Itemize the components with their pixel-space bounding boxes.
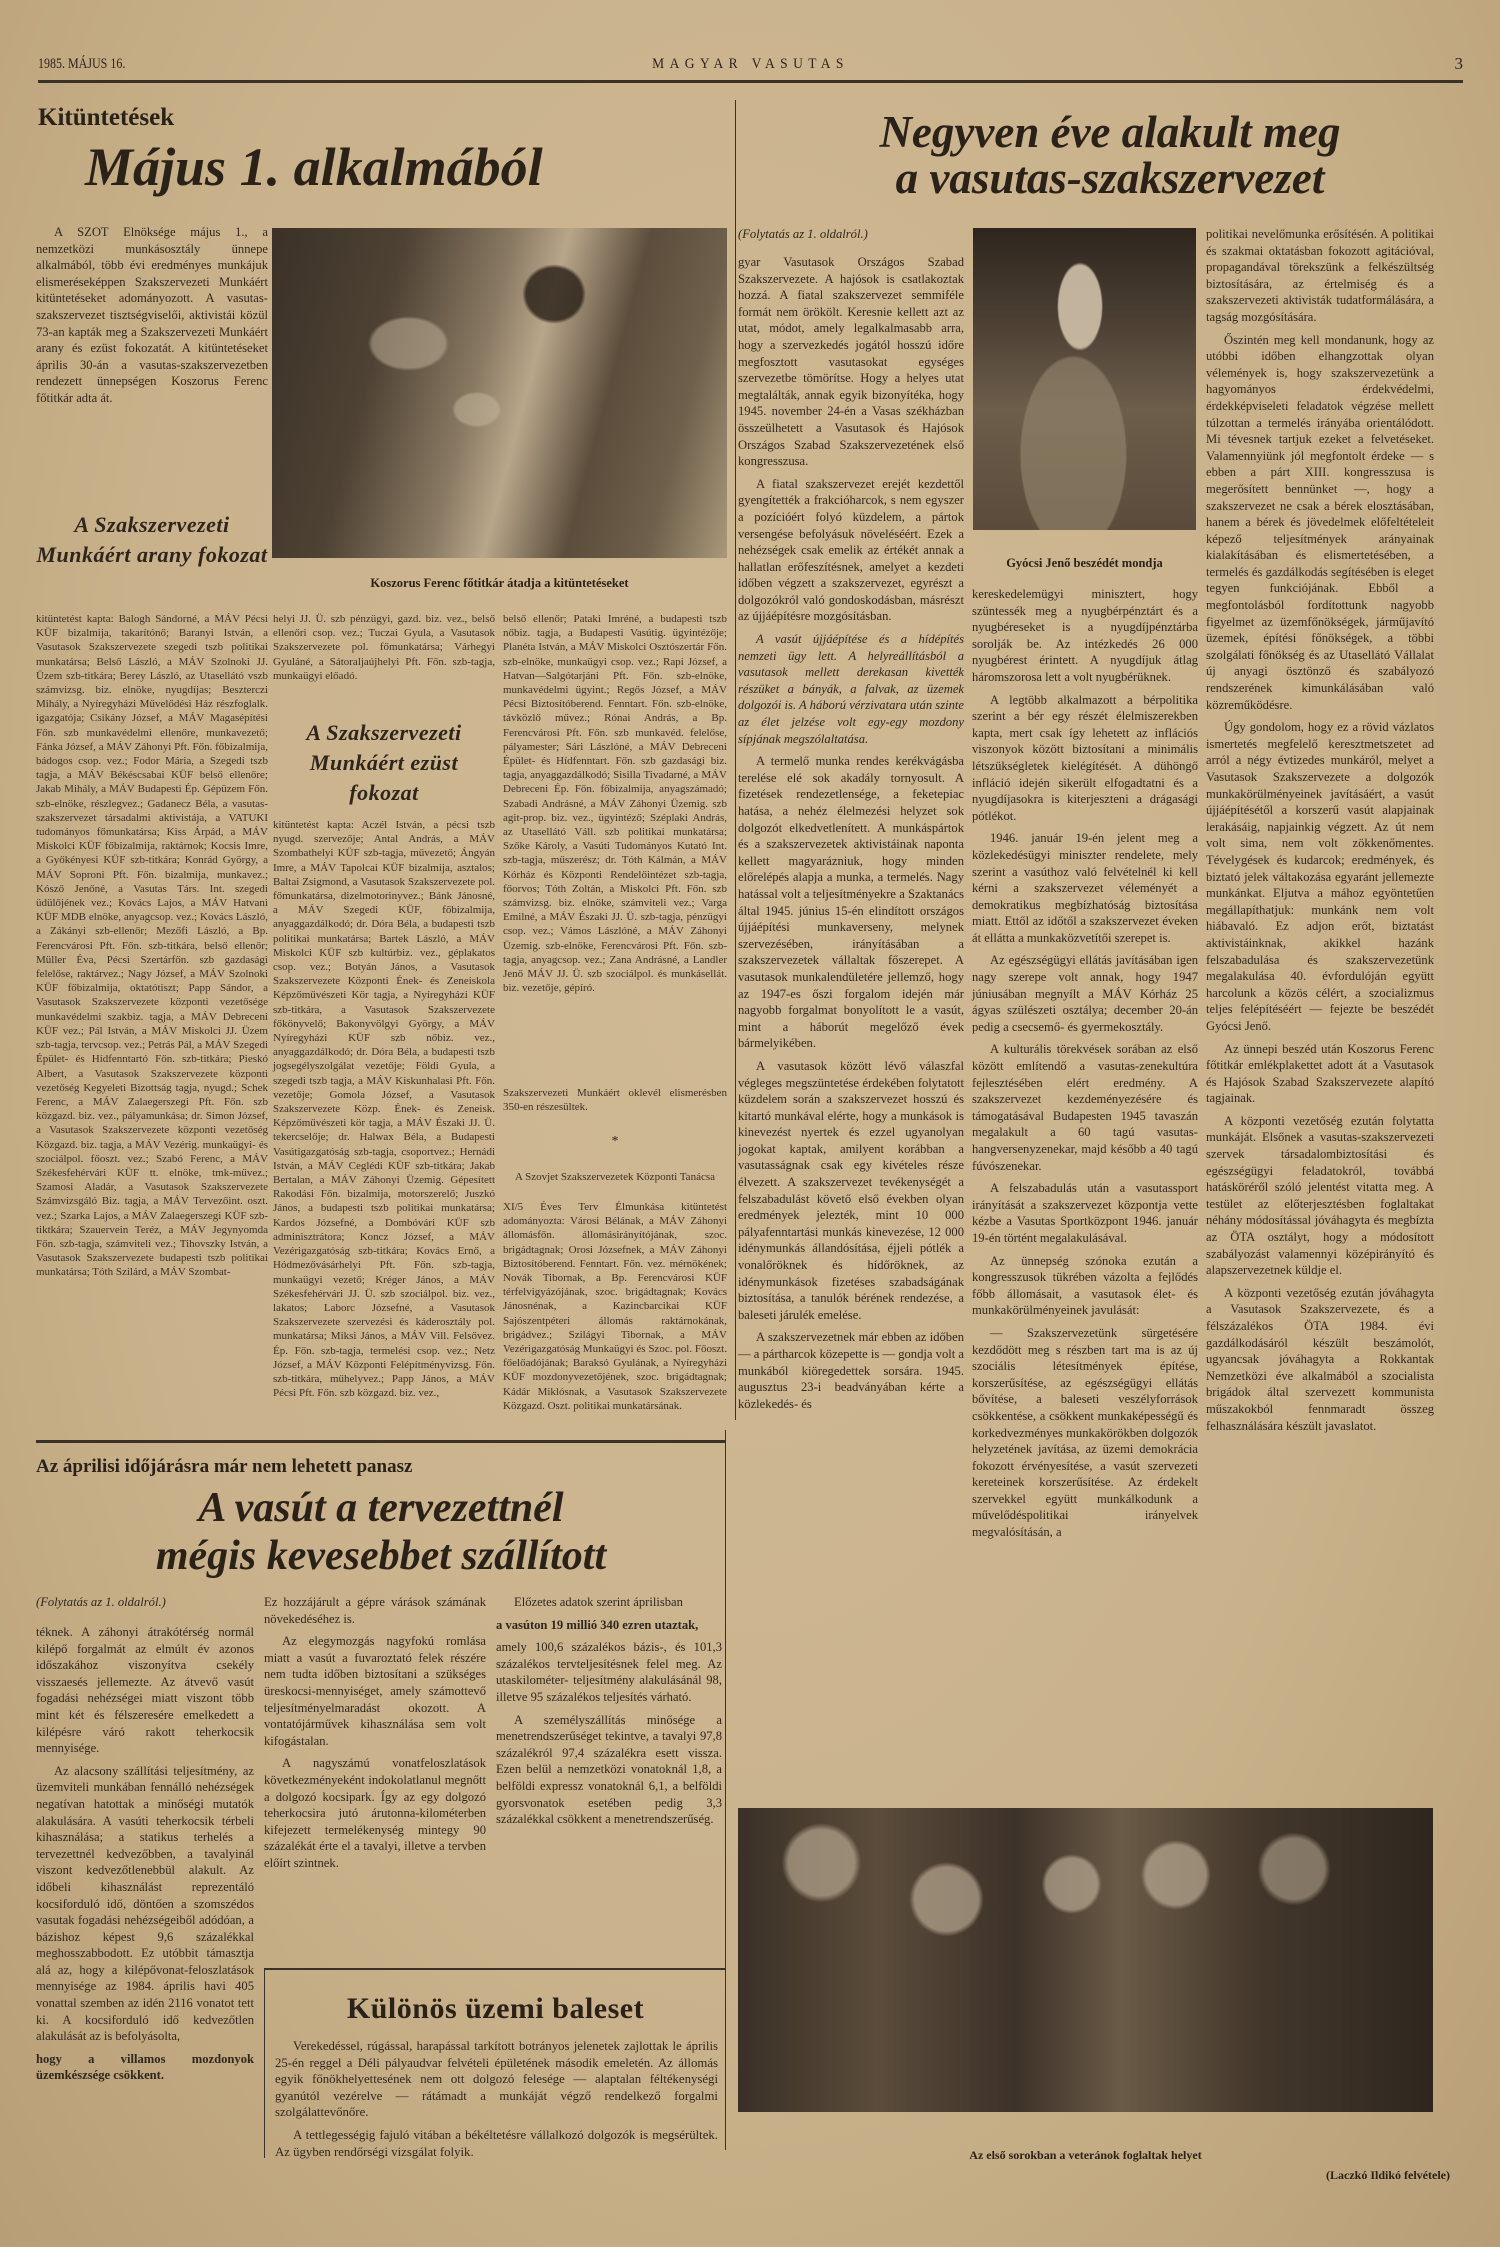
freight-headline-line1: A vasút a tervezettnél <box>36 1484 726 1532</box>
freight-col3: Előzetes adatok szerint áprilisban a vas… <box>496 1594 722 1834</box>
para: A központi vezetőség ezután folytatta mu… <box>1206 1113 1434 1279</box>
gold-list-col1: kitüntetést kapta: Balogh Sándorné, a MÁ… <box>36 612 268 1280</box>
portrait-caption: Gyócsi Jenő beszédét mondja <box>973 556 1196 571</box>
awards-kicker: Kitüntetések <box>38 104 174 132</box>
para: Őszintén meg kell mondanunk, hogy az utó… <box>1206 332 1434 714</box>
para: Az elegymozgás nagyfokú romlása miatt a … <box>264 1633 486 1749</box>
award-photo-caption: Koszorus Ferenc főtitkár átadja a kitünt… <box>272 576 727 591</box>
para: A fiatal szakszervezet erejét kezdettől … <box>738 476 964 625</box>
anniversary-col2: kereskedelemügyi minisztert, hogy szünte… <box>972 586 1198 1547</box>
gold-subhead: A Szakszervezeti Munkáért arany fokozat <box>36 510 268 570</box>
para: A szakszervezetnek már ebben az időben —… <box>738 1329 964 1412</box>
para: A kulturális törekvések sorában az első … <box>972 1041 1198 1174</box>
para: Előzetes adatok szerint áprilisban <box>496 1594 722 1611</box>
freight-headline-line2: mégis kevesebbet szállított <box>36 1532 726 1580</box>
silver-list-col2: kitüntetést kapta: Aczél István, a pécsi… <box>273 818 495 1400</box>
para: Verekedéssel, rúgással, harapással tarkí… <box>275 2038 718 2121</box>
newspaper-page: 1985. MÁJUS 16. MAGYAR VASUTAS 3 Kitünte… <box>0 0 1500 2247</box>
awards-intro-column: A SZOT Elnöksége május 1., a nemzetközi … <box>36 224 268 413</box>
asterisk-separator: * <box>503 1134 727 1150</box>
para: gyar Vasutasok Országos Szabad Szakszerv… <box>738 254 964 470</box>
para: Az alacsony szállítási teljesítmény, az … <box>36 1763 254 2045</box>
paper-name: MAGYAR VASUTAS <box>109 56 1392 73</box>
para: téknek. A záhonyi átrakótérség normál ki… <box>36 1624 254 1757</box>
silver-subhead: A Szakszervezeti Munkáért ezüst fokozat <box>273 718 495 808</box>
para: A vasút újjáépítése és a hídépítés nemze… <box>738 631 964 747</box>
speaker-portrait-photo <box>973 228 1196 530</box>
anniversary-col1: gyar Vasutasok Országos Szabad Szakszerv… <box>738 254 964 1418</box>
para: Az ünnepség szónoka ezután a kongresszus… <box>972 1253 1198 1319</box>
photo-credit: (Laczkó Ildikó felvétele) <box>1230 2168 1450 2183</box>
para: A tettlegességig fajuló vitában a békélt… <box>275 2127 718 2160</box>
para: politikai nevelőmunka erősítésén. A poli… <box>1206 226 1434 326</box>
column-divider <box>735 100 736 1420</box>
para: — Szakszervezetünk sürgetésére kezdődött… <box>972 1325 1198 1541</box>
para-bold: hogy a villamos mozdonyok üzemkészsége c… <box>36 2051 254 2084</box>
awards-intro: A SZOT Elnöksége május 1., a nemzetközi … <box>36 224 268 407</box>
anniversary-headline-line1: Negyven éve alakult meg <box>760 110 1460 156</box>
para: Ez hozzájárult a gépre várások számának … <box>264 1594 486 1627</box>
section-rule <box>36 1440 726 1443</box>
para: 1946. január 19-én jelent meg a közleked… <box>972 830 1198 946</box>
para: amely 100,6 százalékos bázis-, és 101,3 … <box>496 1639 722 1705</box>
para: A személyszállítás minősége a menetrends… <box>496 1712 722 1828</box>
para: A legtöbb alkalmazott a bérpolitika szer… <box>972 692 1198 825</box>
freight-headline: A vasút a tervezettnél mégis kevesebbet … <box>36 1484 726 1580</box>
para: A vasutasok között lévő válaszfal végleg… <box>738 1058 964 1324</box>
accident-body: Verekedéssel, rúgással, harapással tarkí… <box>265 2026 726 2160</box>
para: A felszabadulás után a vasutassport irán… <box>972 1180 1198 1246</box>
page-number: 3 <box>1455 54 1464 74</box>
gold-list-col2: helyi JJ. Ü. szb pénzügyi, gazd. biz. ve… <box>273 612 495 683</box>
masthead: 1985. MÁJUS 16. MAGYAR VASUTAS 3 <box>38 52 1463 82</box>
soviet-council-title: A Szovjet Szakszervezetek Központi Tanác… <box>503 1170 727 1184</box>
silver-list-col3: belső ellenőr; Pataki Imréné, a budapest… <box>503 612 727 995</box>
awards-headline: Május 1. alkalmából <box>85 140 543 195</box>
accident-headline: Különös üzemi baleset <box>265 1992 726 2026</box>
para: A központi vezetőség ezután jóváhagyta a… <box>1206 1285 1434 1434</box>
para: A nagyszámú vonatfeloszlatások következm… <box>264 1755 486 1871</box>
anniversary-headline: Negyven éve alakult meg a vasutas-szaksz… <box>760 110 1460 202</box>
freight-col1: téknek. A záhonyi átrakótérség normál ki… <box>36 1624 254 2090</box>
award-ceremony-photo <box>272 228 727 558</box>
accident-box: Különös üzemi baleset Verekedéssel, rúgá… <box>264 1968 726 2158</box>
masthead-rule <box>38 80 1463 83</box>
photo-shading <box>272 228 727 558</box>
oklevel-note: Szakszervezeti Munkáért oklevél elismeré… <box>503 1086 727 1114</box>
anniversary-col3: politikai nevelőmunka erősítésén. A poli… <box>1206 226 1434 1440</box>
para: Úgy gondolom, hogy ez a rövid vázlatos i… <box>1206 719 1434 1034</box>
para: Az egészségügyi ellátás javításában igen… <box>972 952 1198 1035</box>
freight-kicker: Az áprilisi időjárásra már nem lehetett … <box>36 1456 412 1478</box>
photo-shading <box>973 228 1196 530</box>
freight-col2: Ez hozzájárult a gépre várások számának … <box>264 1594 486 1878</box>
para: kereskedelemügyi minisztert, hogy szünte… <box>972 586 1198 686</box>
freight-continuation: (Folytatás az 1. oldalról.) <box>36 1594 254 1611</box>
para: Az ünnepi beszéd után Koszorus Ferenc fő… <box>1206 1041 1434 1107</box>
anniversary-headline-line2: a vasutas-szakszervezet <box>760 156 1460 202</box>
para: A termelő munka rendes kerékvágásba tere… <box>738 753 964 1052</box>
veterans-caption: Az első sorokban a veteránok foglaltak h… <box>738 2148 1433 2163</box>
photo-shading <box>738 1808 1433 2112</box>
para-bold: a vasúton 19 millió 340 ezren utaztak, <box>496 1617 722 1634</box>
soviet-award-list: XI/5 Éves Terv Élmunkása kitüntetést ado… <box>503 1200 727 1413</box>
anniversary-continuation: (Folytatás az 1. oldalról.) <box>738 226 964 243</box>
veterans-photo <box>738 1808 1433 2112</box>
